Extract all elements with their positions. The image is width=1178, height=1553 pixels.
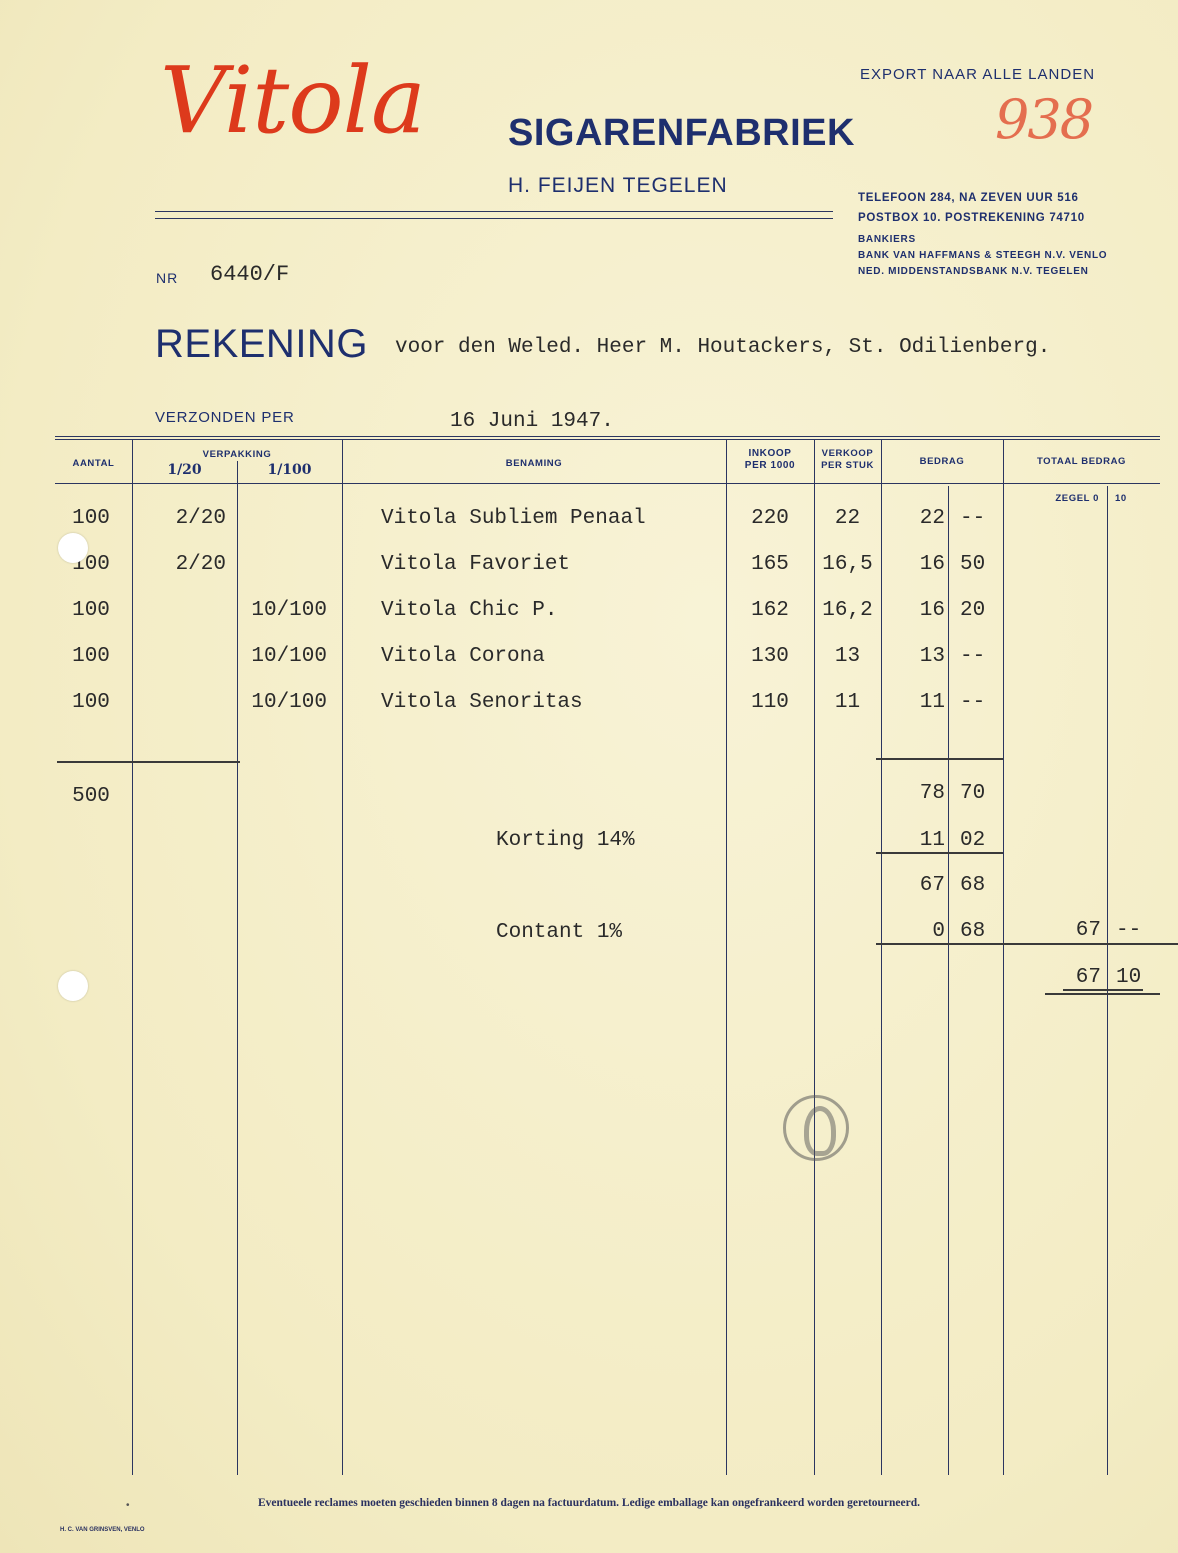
header-verkoop-per: PER STUK [814, 460, 881, 472]
row-verpakking-20: 2/20 [132, 507, 226, 531]
header-bedrag: BEDRAG [881, 456, 1003, 468]
after-korting-dec: 68 [960, 874, 985, 898]
row-bedrag-int: 16 [881, 599, 945, 623]
row-benaming: Vitola Chic P. [381, 599, 557, 623]
header-totaal-bedrag: TOTAAL BEDRAG [1003, 456, 1160, 468]
contant-rule [876, 943, 1178, 945]
header-inkoop: INKOOP [726, 448, 814, 460]
header-verkoop: VERKOOP [814, 448, 881, 460]
row-inkoop: 165 [726, 553, 814, 577]
verzonden-label: VERZONDEN PER [155, 409, 295, 426]
row-inkoop: 130 [726, 645, 814, 669]
contact-bank-1: BANK VAN HAFFMANS & STEEGH N.V. VENLO [858, 250, 1107, 261]
col-divider-verkoop [814, 440, 815, 1475]
table-header-rule [55, 483, 1160, 484]
invoice-date: 16 Juni 1947. [450, 410, 614, 433]
subtotal-int: 78 [881, 782, 945, 806]
seal-stamp-icon [783, 1095, 849, 1161]
col-divider-benaming [342, 440, 343, 1475]
korting-rule [876, 852, 1003, 854]
invoice-number: 6440/F [210, 262, 289, 287]
row-verpakking-100: 10/100 [237, 645, 327, 669]
col-divider-totaal [1003, 440, 1004, 1475]
row-inkoop: 162 [726, 599, 814, 623]
grand-total-int: 67 [1003, 966, 1101, 990]
header-verpakking-20: 1/20 [132, 462, 237, 478]
contant-int: 0 [881, 920, 945, 944]
header-inkoop-per: PER 1000 [726, 460, 814, 472]
row-verkoop: 11 [814, 691, 881, 715]
row-aantal: 100 [55, 645, 127, 669]
contact-bank-2: NED. MIDDENSTANDSBANK N.V. TEGELEN [858, 266, 1089, 277]
addressee: voor den Weled. Heer M. Houtackers, St. … [395, 336, 1050, 359]
row-aantal: 100 [55, 691, 127, 715]
document-title: REKENING [155, 322, 368, 367]
header-benaming: BENAMING [342, 458, 726, 470]
aantal-sum-rule [57, 761, 240, 763]
header-verpakking-100: 1/100 [237, 462, 342, 478]
invoice-number-label: NR [156, 270, 178, 286]
row-bedrag-int: 11 [881, 691, 945, 715]
row-bedrag-dec: 20 [960, 599, 985, 623]
col-divider-aantal [132, 440, 133, 1475]
row-aantal: 100 [55, 507, 127, 531]
grand-total-rule-1 [1063, 989, 1143, 991]
row-bedrag-dec: -- [960, 691, 985, 715]
contant-label: Contant 1% [496, 921, 622, 945]
footer-notice: Eventueele reclames moeten geschieden bi… [0, 1497, 1178, 1509]
totaal-dec: -- [1116, 919, 1141, 943]
grand-total-dec: 10 [1116, 966, 1141, 990]
zegel-value: 10 [1107, 493, 1151, 505]
row-aantal: 100 [55, 599, 127, 623]
row-benaming: Vitola Corona [381, 645, 545, 669]
row-benaming: Vitola Senoritas [381, 691, 583, 715]
korting-int: 11 [881, 829, 945, 853]
row-verkoop: 22 [814, 507, 881, 531]
punch-hole-top [58, 533, 88, 563]
bedrag-sum-rule [876, 758, 1003, 760]
subtotal-dec: 70 [960, 782, 985, 806]
row-bedrag-int: 22 [881, 507, 945, 531]
contact-postbox: POSTBOX 10. POSTREKENING 74710 [858, 212, 1085, 224]
table-top-rule-2 [55, 439, 1160, 440]
row-benaming: Vitola Subliem Penaal [381, 507, 646, 531]
header-aantal: AANTAL [55, 458, 132, 470]
korting-label: Korting 14% [496, 829, 635, 853]
row-verpakking-20: 2/20 [132, 553, 226, 577]
vitola-logo: Vitola [160, 55, 425, 147]
row-benaming: Vitola Favoriet [381, 553, 570, 577]
col-divider-bedrag-cents [948, 486, 949, 1475]
printer-imprint: H. C. VAN GRINSVEN, VENLO [60, 1527, 145, 1533]
after-korting-int: 67 [881, 874, 945, 898]
aantal-total: 500 [55, 785, 127, 809]
totaal-int: 67 [1003, 919, 1101, 943]
company-name: SIGARENFABRIEK [508, 112, 855, 155]
contact-bankiers-label: BANKIERS [858, 234, 916, 245]
grand-total-rule-2 [1045, 993, 1160, 995]
row-bedrag-dec: -- [960, 645, 985, 669]
row-bedrag-int: 13 [881, 645, 945, 669]
col-divider-totaal-cents [1107, 486, 1108, 1475]
row-bedrag-int: 16 [881, 553, 945, 577]
row-verpakking-100: 10/100 [237, 599, 327, 623]
table-top-rule-1 [55, 436, 1160, 437]
row-inkoop: 110 [726, 691, 814, 715]
col-divider-bedrag [881, 440, 882, 1475]
row-verkoop: 13 [814, 645, 881, 669]
row-verpakking-100: 10/100 [237, 691, 327, 715]
col-divider-inkoop [726, 440, 727, 1475]
zegel-label: ZEGEL 0 [1003, 493, 1099, 505]
row-bedrag-dec: 50 [960, 553, 985, 577]
row-bedrag-dec: -- [960, 507, 985, 531]
punch-hole-bottom [58, 971, 88, 1001]
header-verpakking: VERPAKKING [132, 449, 342, 461]
contact-telefoon: TELEFOON 284, NA ZEVEN UUR 516 [858, 192, 1079, 204]
contant-dec: 68 [960, 920, 985, 944]
pencil-annotation: 938 [995, 88, 1092, 151]
row-verkoop: 16,2 [814, 599, 881, 623]
letterhead-rule-bottom [155, 218, 833, 219]
export-slogan: EXPORT NAAR ALLE LANDEN [860, 66, 1095, 83]
korting-dec: 02 [960, 829, 985, 853]
company-owner: H. FEIJEN TEGELEN [508, 174, 728, 198]
row-verkoop: 16,5 [814, 553, 881, 577]
letterhead-rule-top [155, 211, 833, 212]
row-inkoop: 220 [726, 507, 814, 531]
